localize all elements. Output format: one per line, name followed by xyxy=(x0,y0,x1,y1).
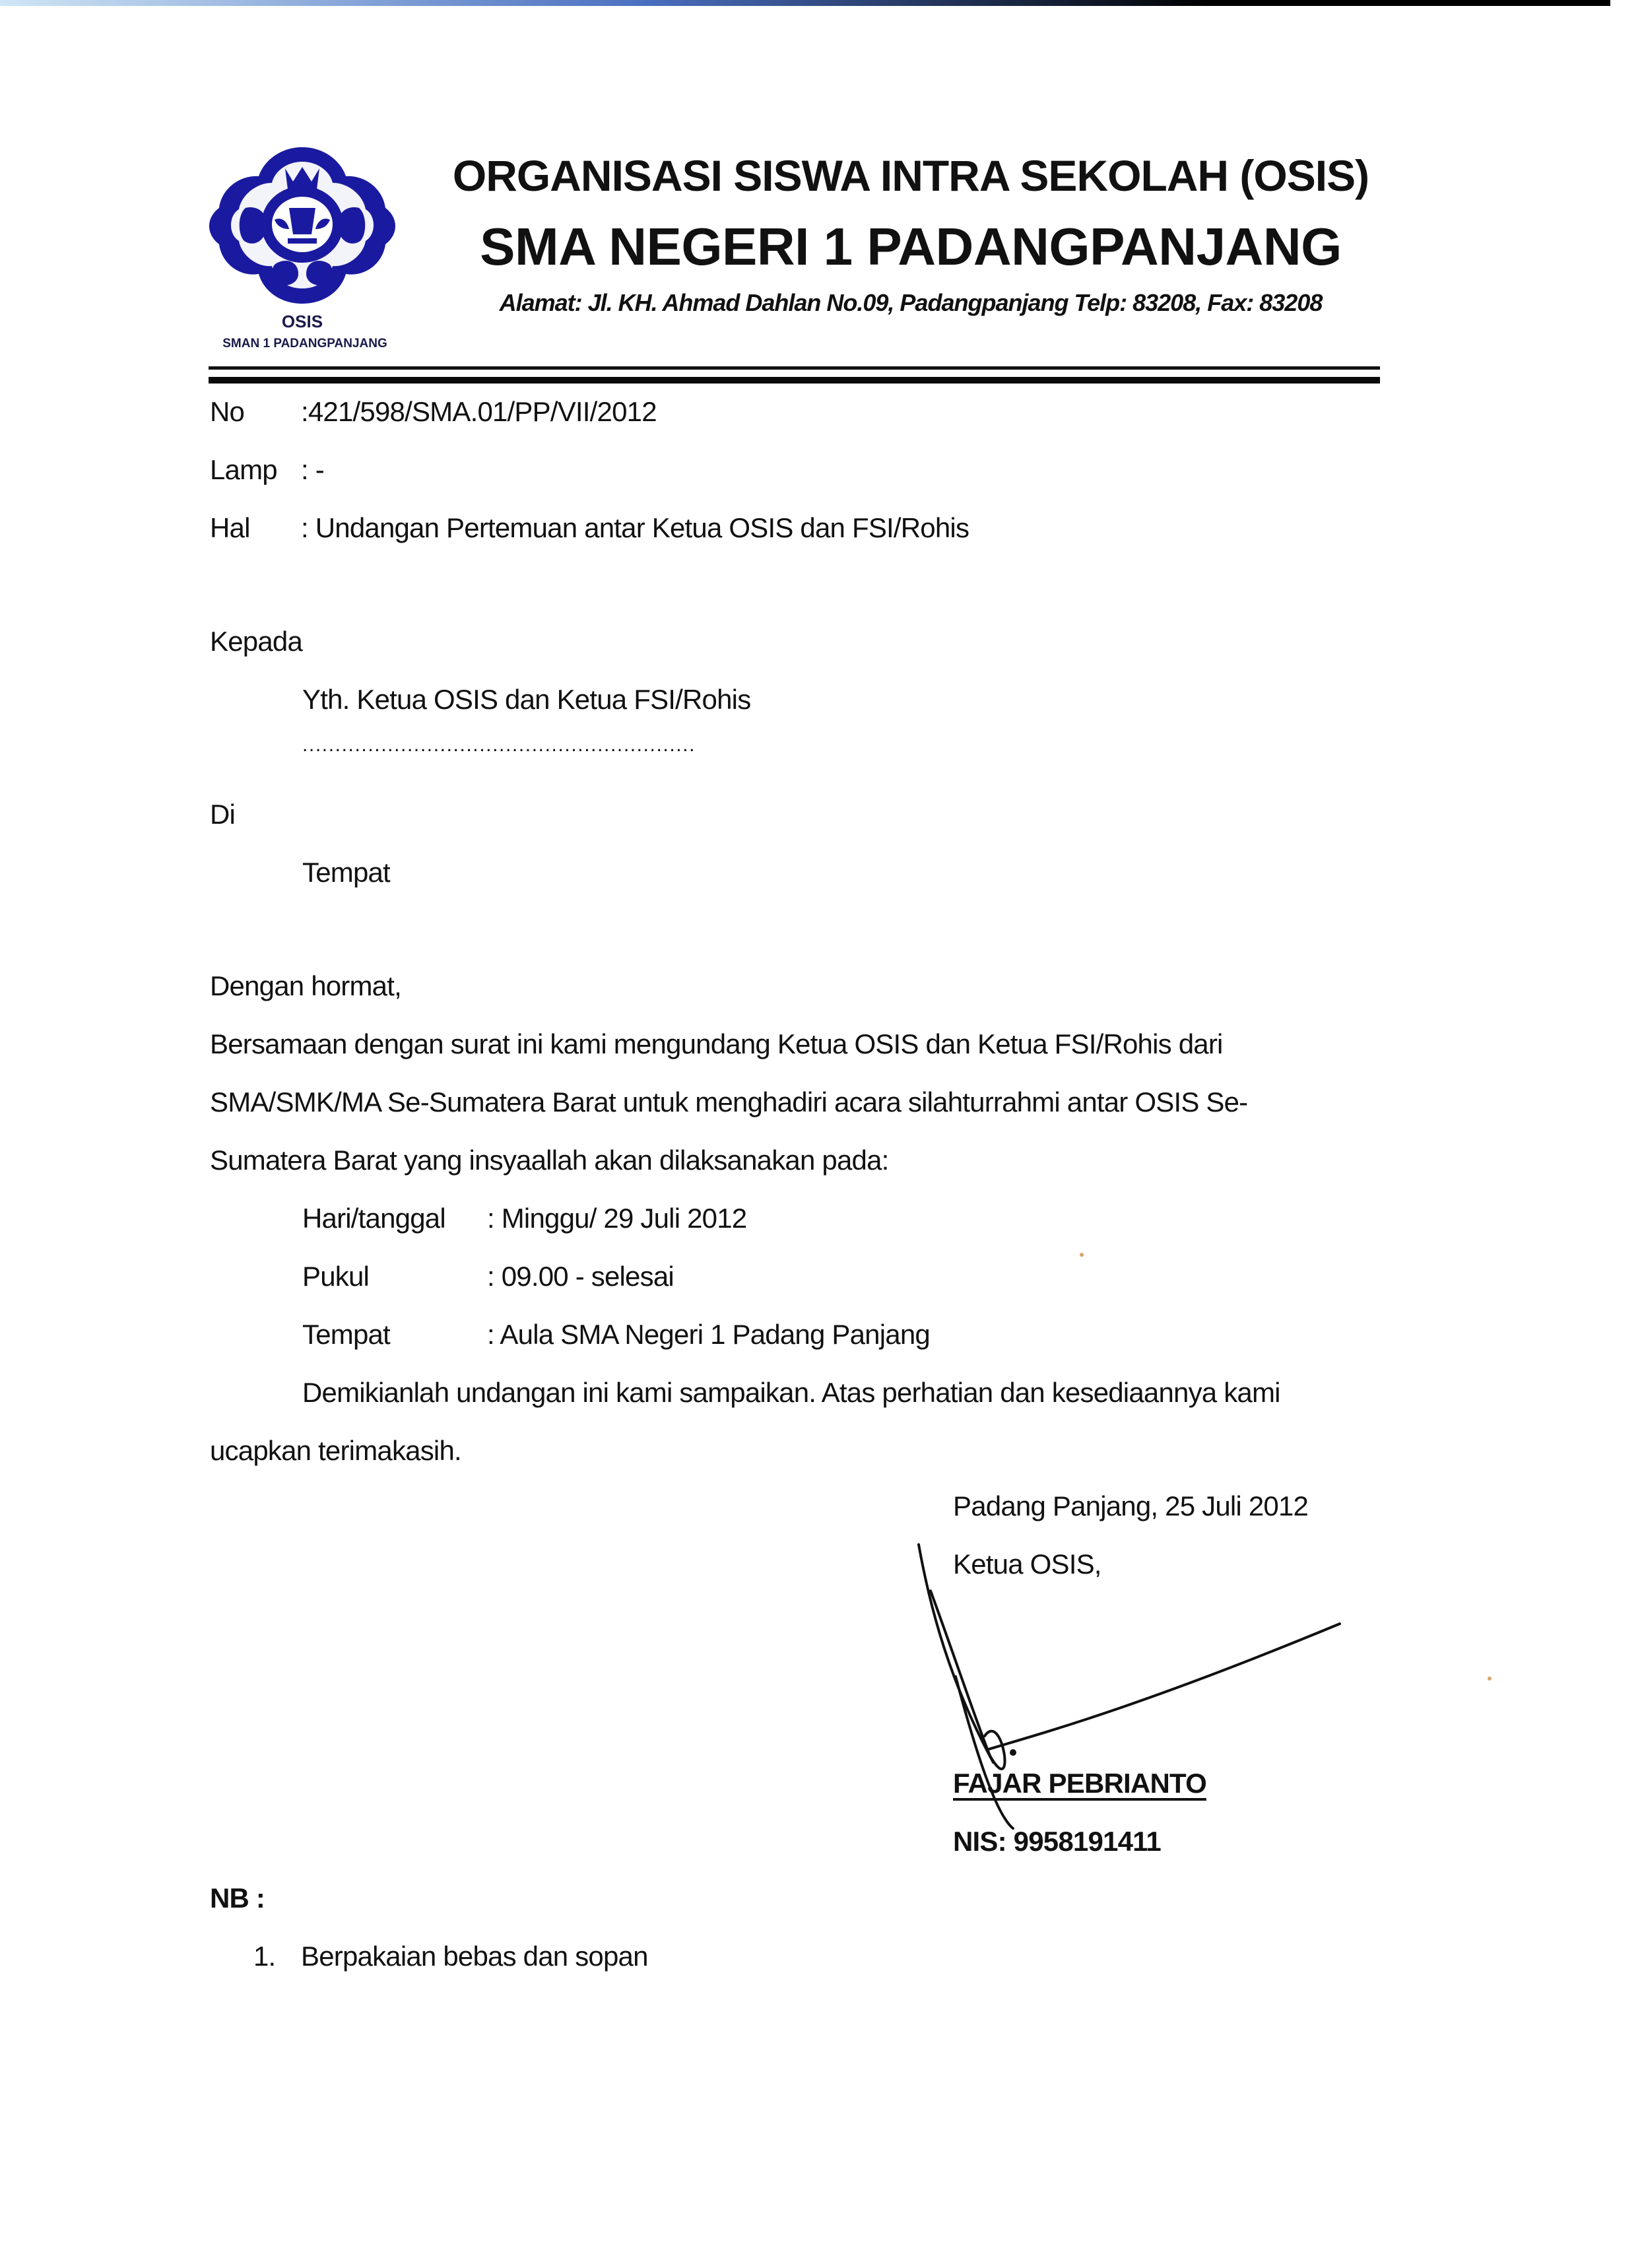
logo-caption-school: SMAN 1 PADANGPANJANG xyxy=(206,337,404,351)
school-title: SMA NEGERI 1 PADANGPANJANG xyxy=(436,217,1386,277)
place-date: Padang Panjang, 25 Juli 2012 xyxy=(953,1490,1308,1522)
closing-line: ucapkan terimakasih. xyxy=(210,1435,461,1467)
closing-line: Demikianlah undangan ini kami sampaikan.… xyxy=(302,1377,1280,1409)
paragraph-line: Sumatera Barat yang insyaallah akan dila… xyxy=(210,1145,889,1176)
school-address: Alamat: Jl. KH. Ahmad Dahlan No.09, Pada… xyxy=(436,289,1386,317)
lamp-value: : - xyxy=(301,454,324,486)
letterhead-divider-thin xyxy=(209,366,1380,370)
scan-speck xyxy=(1488,1677,1492,1681)
detail-label-date: Hari/tanggal xyxy=(302,1203,445,1234)
scan-edge xyxy=(0,0,1610,6)
signer-nis: NIS: 9958191411 xyxy=(953,1826,1161,1857)
detail-value-venue: : Aula SMA Negeri 1 Padang Panjang xyxy=(487,1319,930,1351)
osis-logo-icon xyxy=(206,142,399,307)
signer-name: FAJAR PEBRIANTO xyxy=(953,1768,1206,1799)
handwritten-signature-icon xyxy=(911,1538,1346,1848)
recipient-blank-dots: ........................................… xyxy=(302,734,696,756)
no-label: No xyxy=(210,396,244,428)
hal-value: : Undangan Pertemuan antar Ketua OSIS da… xyxy=(301,512,969,544)
lamp-label: Lamp xyxy=(210,454,277,486)
organization-title: ORGANISASI SISWA INTRA SEKOLAH (OSIS) xyxy=(436,150,1386,201)
note-text: Berpakaian bebas dan sopan xyxy=(301,1941,648,1972)
notes-heading: NB : xyxy=(210,1883,265,1914)
detail-value-time: : 09.00 - selesai xyxy=(487,1261,674,1292)
paragraph-line: SMA/SMK/MA Se-Sumatera Barat untuk mengh… xyxy=(210,1086,1247,1118)
salutation: Dengan hormat, xyxy=(210,970,401,1002)
recipient-place: Tempat xyxy=(302,857,390,888)
scan-speck xyxy=(1080,1253,1084,1257)
letterhead-divider-thick xyxy=(209,377,1380,384)
kepada-label: Kepada xyxy=(210,626,302,657)
no-value: :421/598/SMA.01/PP/VII/2012 xyxy=(301,396,657,428)
detail-label-venue: Tempat xyxy=(302,1319,390,1351)
detail-label-time: Pukul xyxy=(302,1261,369,1292)
paragraph-line: Bersamaan dengan surat ini kami mengunda… xyxy=(210,1028,1223,1060)
detail-value-date: : Minggu/ 29 Juli 2012 xyxy=(487,1203,746,1234)
note-number: 1. xyxy=(253,1941,275,1972)
logo-caption-osis: OSIS xyxy=(206,312,399,332)
hal-label: Hal xyxy=(210,512,250,544)
recipient-name: Yth. Ketua OSIS dan Ketua FSI/Rohis xyxy=(302,684,750,716)
di-label: Di xyxy=(210,799,235,830)
